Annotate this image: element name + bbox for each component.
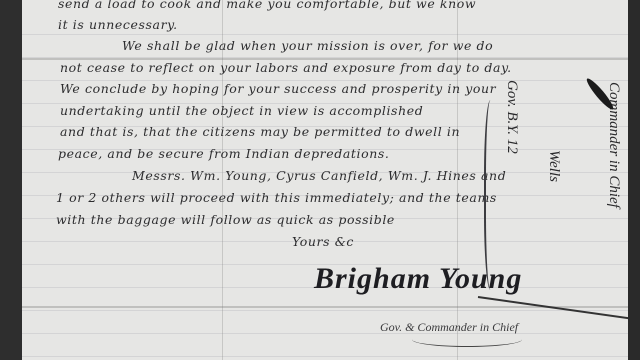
body-line: undertaking until the object in view is … [60,103,423,118]
margin-note: Wells [545,150,562,182]
letter-page: send a load to cook and make you comfort… [22,0,628,360]
body-line: and that is, that the citizens may be pe… [60,124,460,139]
body-line: not cease to reflect on your labors and … [60,60,512,75]
body-line: Messrs. Wm. Young, Cyrus Canfield, Wm. J… [132,168,506,183]
body-line: send a load to cook and make you comfort… [58,0,476,11]
body-line: We shall be glad when your mission is ov… [122,38,493,53]
title-flourish [412,332,522,347]
margin-note: Gov. B.Y. 12 [503,80,520,154]
margin-bracket [484,100,500,290]
body-line: We conclude by hoping for your success a… [60,81,496,96]
body-line: it is unnecessary. [58,17,178,32]
body-line: with the baggage will follow as quick as… [56,212,395,227]
scan-border-right [628,0,640,360]
closing-line: Yours &c [292,234,354,249]
body-line: peace, and be secure from Indian depreda… [58,146,390,161]
scan-border-left [0,0,22,360]
body-line: 1 or 2 others will proceed with this imm… [56,190,497,205]
